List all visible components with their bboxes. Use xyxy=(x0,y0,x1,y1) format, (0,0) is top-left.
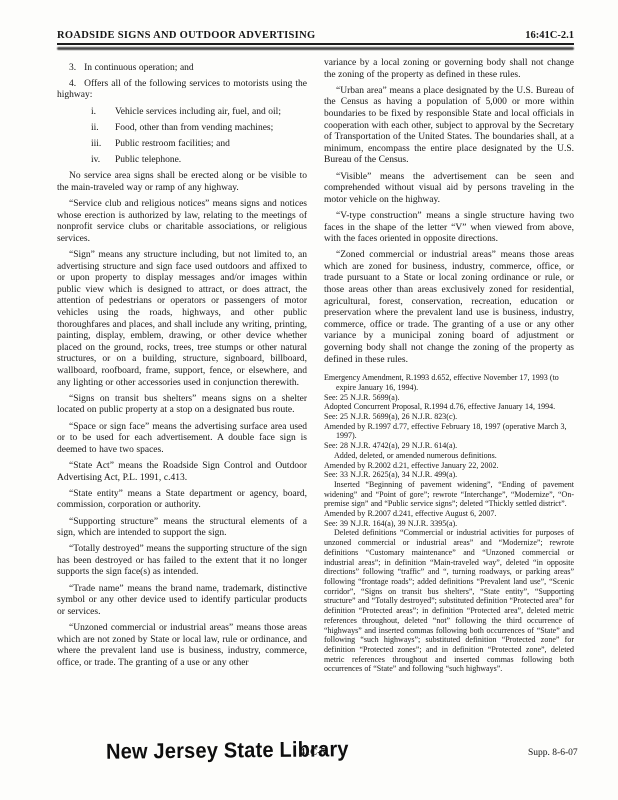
definition-paragraph: “Service club and religious notices” mea… xyxy=(57,199,307,245)
definition-paragraph: “Zoned commercial or industrial areas” m… xyxy=(324,250,574,366)
definition-paragraph: “V-type construction” means a single str… xyxy=(324,211,574,246)
page-number: 41C-5 xyxy=(300,747,326,758)
history-note: Added, deleted, or amended numerous defi… xyxy=(324,451,574,461)
body-paragraph: No service area signs shall be erected a… xyxy=(57,171,307,194)
definition-paragraph: “State entity” means a State department … xyxy=(57,489,307,512)
history-line: Emergency Amendment, R.1993 d.652, effec… xyxy=(324,373,574,392)
item-text: Food, other than from vending machines; xyxy=(115,123,273,133)
roman-item: iii.Public restroom facilities; and xyxy=(57,139,307,151)
document-page: ROADSIDE SIGNS AND OUTDOOR ADVERTISING 1… xyxy=(0,0,618,800)
item-text: In continuous operation; and xyxy=(84,63,194,73)
page-header: ROADSIDE SIGNS AND OUTDOOR ADVERTISING 1… xyxy=(0,0,618,41)
supplement-date: Supp. 8-6-07 xyxy=(528,748,578,758)
item-number: i. xyxy=(91,107,115,119)
definition-paragraph: “Unzoned commercial or industrial areas”… xyxy=(57,623,307,669)
definition-paragraph: “Visible” means the advertisement can be… xyxy=(324,172,574,207)
item-number: 4. xyxy=(69,79,76,89)
definition-paragraph: “Totally destroyed” means the supporting… xyxy=(57,544,307,579)
body-columns: 3.In continuous operation; and 4.Offers … xyxy=(0,50,618,674)
history-line: Amended by R.2007 d.241, effective Augus… xyxy=(324,509,574,519)
roman-item: ii.Food, other than from vending machine… xyxy=(57,123,307,135)
roman-item: iv.Public telephone. xyxy=(57,155,307,167)
definition-paragraph: “Space or sign face” means the advertisi… xyxy=(57,422,307,457)
item-text: Public restroom facilities; and xyxy=(115,139,230,149)
numbered-item: 4.Offers all of the following services t… xyxy=(57,79,307,102)
history-line: Adopted Concurrent Proposal, R.1994 d.76… xyxy=(324,402,574,412)
item-number: iii. xyxy=(91,139,115,151)
history-line: See: 25 N.J.R. 5699(a). xyxy=(324,393,574,403)
history-line: See: 25 N.J.R. 5699(a), 26 N.J.R. 823(c)… xyxy=(324,412,574,422)
definition-paragraph: “Trade name” means the brand name, trade… xyxy=(57,584,307,619)
item-text: Public telephone. xyxy=(115,155,181,165)
header-rule xyxy=(57,43,574,50)
item-number: ii. xyxy=(91,123,115,135)
definition-paragraph: “Supporting structure” means the structu… xyxy=(57,517,307,540)
history-line: See: 39 N.J.R. 164(a), 39 N.J.R. 3395(a)… xyxy=(324,519,574,529)
definition-paragraph: “Urban area” means a place designated by… xyxy=(324,86,574,167)
header-rule-thin xyxy=(57,43,574,45)
history-line: Amended by R.2002 d.21, effective Januar… xyxy=(324,461,574,471)
amendment-history: Emergency Amendment, R.1993 d.652, effec… xyxy=(324,373,574,674)
running-title: ROADSIDE SIGNS AND OUTDOOR ADVERTISING xyxy=(57,30,315,41)
definition-paragraph: “Sign” means any structure including, bu… xyxy=(57,250,307,389)
definition-paragraph: “Signs on transit bus shelters” means si… xyxy=(57,394,307,417)
header-rule-thick xyxy=(57,47,574,50)
item-number: iv. xyxy=(91,155,115,167)
section-code: 16:41C-2.1 xyxy=(525,30,574,41)
continuation-paragraph: variance by a local zoning or governing … xyxy=(324,58,574,81)
definition-paragraph: “State Act” means the Roadside Sign Cont… xyxy=(57,461,307,484)
right-column: variance by a local zoning or governing … xyxy=(324,58,574,674)
item-text: Offers all of the following services to … xyxy=(57,79,307,101)
item-number: 3. xyxy=(69,63,76,73)
left-column: 3.In continuous operation; and 4.Offers … xyxy=(57,58,307,674)
history-line: See: 28 N.J.R. 4742(a), 29 N.J.R. 614(a)… xyxy=(324,441,574,451)
history-line: Amended by R.1997 d.77, effective Februa… xyxy=(324,422,574,441)
roman-item: i.Vehicle services including air, fuel, … xyxy=(57,107,307,119)
history-note: Inserted “Beginning of pavement widening… xyxy=(324,480,574,509)
history-note: Deleted definitions “Commercial or indus… xyxy=(324,528,574,674)
item-text: Vehicle services including air, fuel, an… xyxy=(115,107,281,117)
numbered-item: 3.In continuous operation; and xyxy=(57,63,307,75)
history-line: See: 33 N.J.R. 2625(a), 34 N.J.R. 499(a)… xyxy=(324,470,574,480)
